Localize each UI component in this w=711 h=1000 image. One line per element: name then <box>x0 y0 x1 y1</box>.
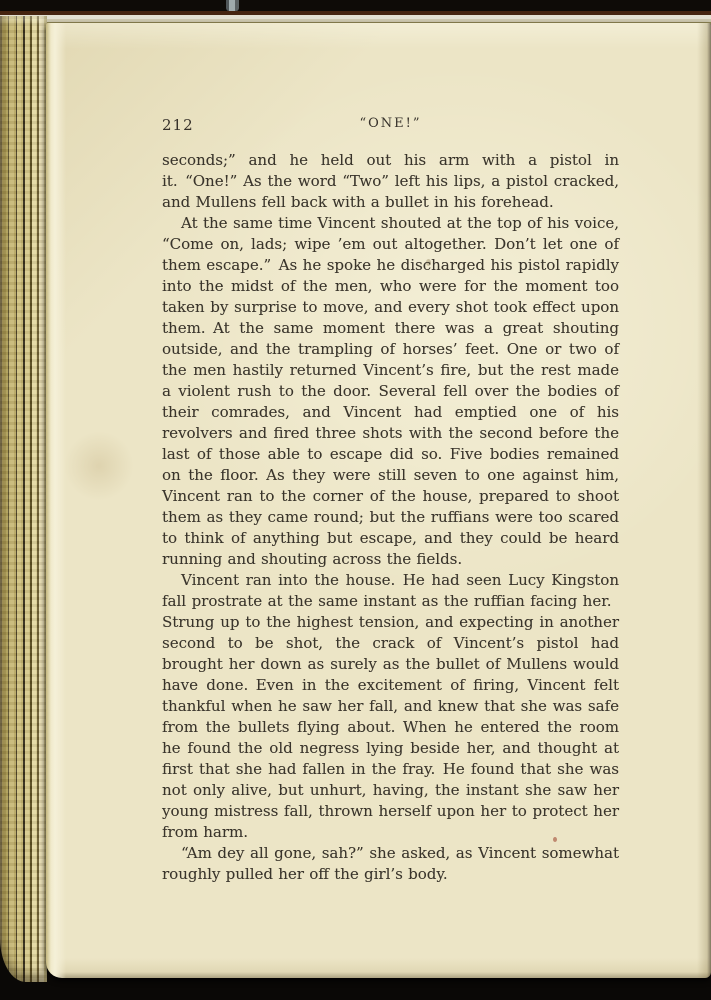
book-page: 212 “ONE!” seconds;” and he held out his… <box>46 23 711 978</box>
paragraph: seconds;” and he held out his arm with a… <box>162 150 619 213</box>
scan-top-band <box>0 0 711 15</box>
paragraph: “Am dey all gone, sah?” she asked, as Vi… <box>162 843 619 885</box>
page-stain <box>64 431 134 501</box>
page-number: 212 <box>162 116 194 134</box>
paragraph: At the same time Vincent shouted at the … <box>162 213 619 570</box>
running-head: “ONE!” <box>162 116 619 131</box>
paragraph: Vincent ran into the house. He had seen … <box>162 570 619 843</box>
page-text: seconds;” and he held out his arm with a… <box>162 150 619 885</box>
scanner-clip <box>226 0 239 11</box>
book-scan: 212 “ONE!” seconds;” and he held out his… <box>0 0 711 1000</box>
page-header: 212 “ONE!” <box>162 116 619 136</box>
book-page-edges <box>0 16 47 982</box>
